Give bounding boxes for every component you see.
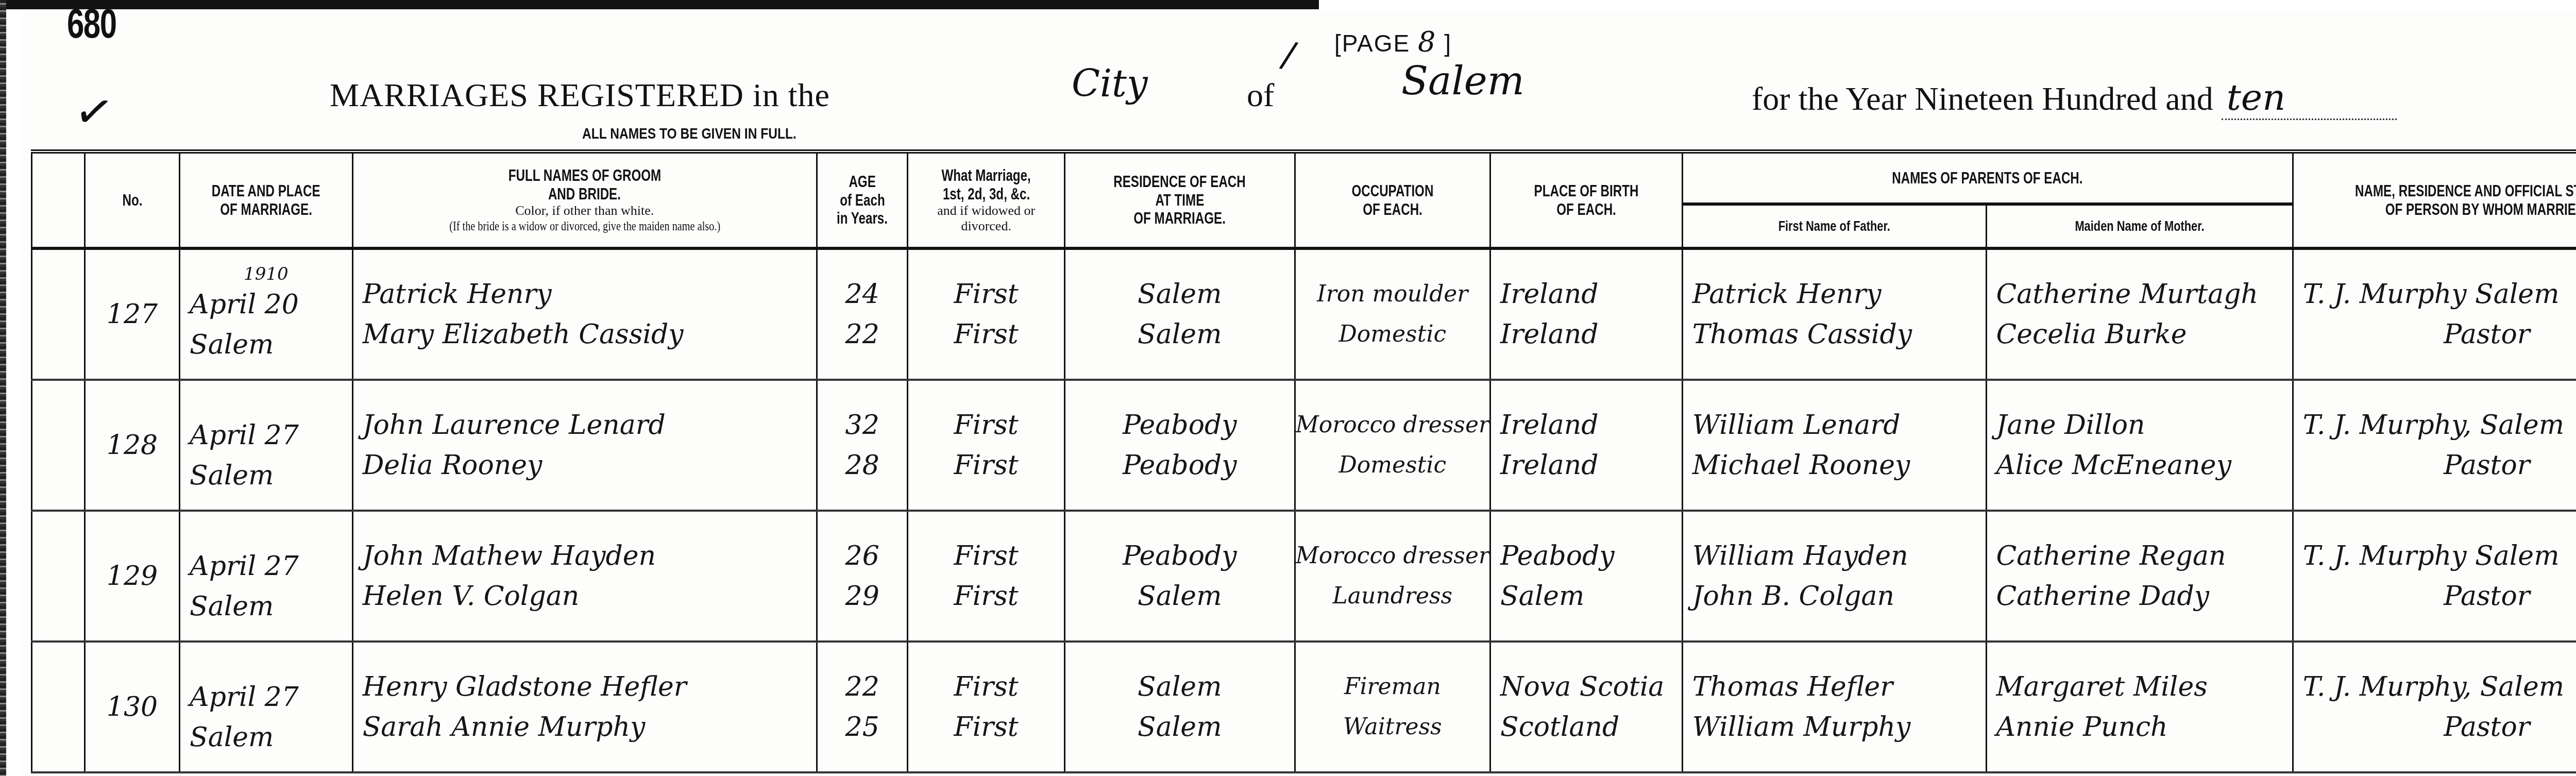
mother-cell: Catherine MurtaghCecelia Burke — [1986, 248, 2293, 380]
bride-marriage: First — [908, 707, 1063, 747]
col-no: No. — [84, 151, 179, 248]
groom-age: 26 — [818, 536, 907, 576]
bride-occupation: Waitress — [1296, 707, 1489, 747]
officiant: T. J. Murphy, Salem — [2294, 405, 2576, 445]
col-father: First Name of Father. — [1682, 204, 1986, 248]
groom-marriage: First — [908, 274, 1063, 314]
register-entry-row: 127 1910 April 20Salem Patrick HenryMary… — [32, 248, 2576, 380]
year-note: 1910 — [180, 264, 352, 284]
register-entry-row: 128 April 27Salem John Laurence LenardDe… — [32, 380, 2576, 511]
names-cell: John Laurence LenardDelia Rooney — [352, 380, 817, 511]
groom-occupation: Iron moulder — [1296, 274, 1489, 314]
date-place-cell: April 27Salem — [180, 642, 353, 772]
officiant-cell: T. J. Murphy SalemPastor — [2293, 511, 2576, 642]
margin-column — [32, 151, 85, 248]
register-title: MARRIAGES REGISTERED in the — [330, 76, 830, 114]
groom-name: John Laurence Lenard — [353, 405, 816, 445]
groom-father: Thomas Hefler — [1683, 667, 1986, 707]
register-subtitle: ALL NAMES TO BE GIVEN IN FULL. — [582, 125, 796, 143]
date-place-cell: 1910 April 20Salem — [180, 248, 353, 380]
groom-name: John Mathew Hayden — [353, 536, 816, 576]
officiant-cell: T. J. Murphy, SalemPastor — [2293, 380, 2576, 511]
year-note — [180, 526, 352, 546]
groom-marriage: First — [908, 667, 1063, 707]
municipality-name: Salem — [1401, 58, 1524, 104]
col-parents: NAMES OF PARENTS OF EACH. — [1682, 151, 2293, 204]
what-marriage-cell: FirstFirst — [908, 511, 1064, 642]
groom-mother: Margaret Miles — [1987, 667, 2292, 707]
register-entry-row: 130 April 27Salem Henry Gladstone Hefler… — [32, 642, 2576, 772]
birthplace-cell: IrelandIreland — [1490, 380, 1683, 511]
what-marriage-cell: FirstFirst — [908, 380, 1064, 511]
groom-residence: Peabody — [1065, 536, 1294, 576]
father-cell: Patrick HenryThomas Cassidy — [1682, 248, 1986, 380]
occupation-cell: Morocco dresserDomestic — [1295, 380, 1490, 511]
father-cell: William LenardMichael Rooney — [1682, 380, 1986, 511]
entry-number: 127 — [84, 248, 179, 380]
place: Salem — [180, 586, 352, 627]
groom-age: 24 — [818, 274, 907, 314]
mother-cell: Catherine ReganCatherine Dady — [1986, 511, 2293, 642]
groom-birthplace: Ireland — [1491, 274, 1682, 314]
col-date-place: DATE AND PLACEOF MARRIAGE. — [180, 151, 353, 248]
page-label: [PAGE 8 ] — [1334, 26, 1452, 58]
bride-father: Michael Rooney — [1683, 445, 1986, 485]
groom-birthplace: Ireland — [1491, 405, 1682, 445]
mother-cell: Margaret MilesAnnie Punch — [1986, 642, 2293, 772]
place: Salem — [180, 717, 352, 757]
birthplace-cell: IrelandIreland — [1490, 248, 1683, 380]
father-cell: William HaydenJohn B. Colgan — [1682, 511, 1986, 642]
groom-residence: Peabody — [1065, 405, 1294, 445]
groom-mother: Catherine Regan — [1987, 536, 2292, 576]
place: Salem — [180, 456, 352, 496]
bride-age: 25 — [818, 707, 907, 747]
no: 128 — [86, 425, 179, 465]
date-place-cell: April 27Salem — [180, 511, 353, 642]
bride-birthplace: Scotland — [1491, 707, 1682, 747]
col-residence: RESIDENCE OF EACHAT TIMEOF MARRIAGE. — [1064, 151, 1295, 248]
groom-occupation: Morocco dresser — [1296, 536, 1489, 576]
age-cell: 2629 — [817, 511, 908, 642]
groom-residence: Salem — [1065, 667, 1294, 707]
occupation-cell: FiremanWaitress — [1295, 642, 1490, 772]
officiant-title: Pastor — [2294, 576, 2576, 616]
no: 130 — [86, 687, 179, 727]
bride-father: Thomas Cassidy — [1683, 314, 1986, 355]
title-of: of — [1247, 76, 1274, 114]
col-what-marriage: What Marriage,1st, 2d, 3d, &c. and if wi… — [908, 151, 1064, 248]
bride-name: Delia Rooney — [353, 445, 816, 485]
groom-mother: Catherine Murtagh — [1987, 274, 2292, 314]
bride-age: 29 — [818, 576, 907, 616]
col-officiant: NAME, RESIDENCE AND OFFICIAL STATIONOF P… — [2293, 151, 2576, 248]
officiant-title: Pastor — [2294, 314, 2576, 355]
bride-occupation: Domestic — [1296, 445, 1489, 485]
groom-marriage: First — [908, 405, 1063, 445]
marriage-register-table: No. DATE AND PLACEOF MARRIAGE. FULL NAME… — [31, 149, 2576, 773]
bride-residence: Salem — [1065, 576, 1294, 616]
page-number: 8 — [1418, 26, 1436, 58]
title-prefix: MARRIAGES REGISTERED in the — [330, 77, 830, 113]
occupation-cell: Iron moulderDomestic — [1295, 248, 1490, 380]
scan-left-edge — [0, 0, 6, 776]
groom-birthplace: Peabody — [1491, 536, 1682, 576]
col-birthplace: PLACE OF BIRTHOF EACH. — [1490, 151, 1683, 248]
groom-father: Patrick Henry — [1683, 274, 1986, 314]
no: 129 — [86, 556, 179, 596]
bride-name: Mary Elizabeth Cassidy — [353, 314, 816, 355]
groom-occupation: Fireman — [1296, 667, 1489, 707]
bride-marriage: First — [908, 576, 1063, 616]
names-cell: John Mathew HaydenHelen V. Colgan — [352, 511, 817, 642]
groom-occupation: Morocco dresser — [1296, 405, 1489, 445]
groom-father: William Hayden — [1683, 536, 1986, 576]
date: April 27 — [180, 415, 352, 456]
date: April 27 — [180, 677, 352, 717]
bride-occupation: Domestic — [1296, 314, 1489, 355]
year-note — [180, 656, 352, 677]
col-age: AGEof Eachin Years. — [817, 151, 908, 248]
bride-age: 22 — [818, 314, 907, 355]
groom-father: William Lenard — [1683, 405, 1986, 445]
header-row: No. DATE AND PLACEOF MARRIAGE. FULL NAME… — [32, 151, 2576, 204]
year-word: ten — [2222, 76, 2397, 120]
bride-birthplace: Ireland — [1491, 314, 1682, 355]
bride-name: Helen V. Colgan — [353, 576, 816, 616]
bride-marriage: First — [908, 445, 1063, 485]
col-names: FULL NAMES OF GROOMAND BRIDE. Color, if … — [352, 151, 817, 248]
bride-occupation: Laundress — [1296, 576, 1489, 616]
groom-mother: Jane Dillon — [1987, 405, 2292, 445]
groom-residence: Salem — [1065, 274, 1294, 314]
bride-residence: Salem — [1065, 314, 1294, 355]
no: 127 — [86, 294, 179, 334]
officiant-title: Pastor — [2294, 445, 2576, 485]
officiant: T. J. Murphy Salem — [2294, 274, 2576, 314]
date: April 27 — [180, 546, 352, 586]
mother-cell: Jane DillonAlice McEneaney — [1986, 380, 2293, 511]
bride-residence: Salem — [1065, 707, 1294, 747]
bride-father: William Murphy — [1683, 707, 1986, 747]
scan-top-edge — [0, 0, 1319, 9]
margin-cell — [32, 248, 85, 380]
what-marriage-cell: FirstFirst — [908, 642, 1064, 772]
officiant-cell: T. J. Murphy SalemPastor — [2293, 248, 2576, 380]
what-marriage-cell: FirstFirst — [908, 248, 1064, 380]
groom-name: Patrick Henry — [353, 274, 816, 314]
bride-marriage: First — [908, 314, 1063, 355]
margin-cell — [32, 642, 85, 772]
bride-name: Sarah Annie Murphy — [353, 707, 816, 747]
bride-age: 28 — [818, 445, 907, 485]
birthplace-cell: PeabodySalem — [1490, 511, 1683, 642]
bride-mother: Catherine Dady — [1987, 576, 2292, 616]
age-cell: 3228 — [817, 380, 908, 511]
register-entry-row: 129 April 27Salem John Mathew HaydenHele… — [32, 511, 2576, 642]
entry-number: 130 — [84, 642, 179, 772]
father-cell: Thomas HeflerWilliam Murphy — [1682, 642, 1986, 772]
year-note — [180, 395, 352, 415]
names-cell: Henry Gladstone HeflerSarah Annie Murphy — [352, 642, 817, 772]
residence-cell: SalemSalem — [1064, 642, 1295, 772]
age-cell: 2422 — [817, 248, 908, 380]
bride-father: John B. Colgan — [1683, 576, 1986, 616]
age-cell: 2225 — [817, 642, 908, 772]
groom-age: 22 — [818, 667, 907, 707]
entry-number: 128 — [84, 380, 179, 511]
bride-birthplace: Ireland — [1491, 445, 1682, 485]
occupation-cell: Morocco dresserLaundress — [1295, 511, 1490, 642]
residence-cell: SalemSalem — [1064, 248, 1295, 380]
register-year: for the Year Nineteen Hundred and ten — [1752, 76, 2397, 120]
names-cell: Patrick HenryMary Elizabeth Cassidy — [352, 248, 817, 380]
place: Salem — [180, 325, 352, 365]
residence-cell: PeabodySalem — [1064, 511, 1295, 642]
date-place-cell: April 27Salem — [180, 380, 353, 511]
groom-age: 32 — [818, 405, 907, 445]
entry-number: 129 — [84, 511, 179, 642]
bride-residence: Peabody — [1065, 445, 1294, 485]
officiant-cell: T. J. Murphy, SalemPastor — [2293, 642, 2576, 772]
col-occupation: OCCUPATIONOF EACH. — [1295, 151, 1490, 248]
residence-cell: PeabodyPeabody — [1064, 380, 1295, 511]
groom-name: Henry Gladstone Hefler — [353, 667, 816, 707]
municipality-type: City — [1072, 62, 1148, 105]
bride-mother: Alice McEneaney — [1987, 445, 2292, 485]
leaf-number: 680 — [67, 0, 116, 47]
officiant-title: Pastor — [2294, 707, 2576, 747]
bride-birthplace: Salem — [1491, 576, 1682, 616]
col-mother: Maiden Name of Mother. — [1986, 204, 2293, 248]
date: April 20 — [180, 284, 352, 325]
margin-cell — [32, 511, 85, 642]
bride-mother: Cecelia Burke — [1987, 314, 2292, 355]
bride-mother: Annie Punch — [1987, 707, 2292, 747]
officiant: T. J. Murphy Salem — [2294, 536, 2576, 576]
birthplace-cell: Nova ScotiaScotland — [1490, 642, 1683, 772]
groom-marriage: First — [908, 536, 1063, 576]
officiant: T. J. Murphy, Salem — [2294, 667, 2576, 707]
groom-birthplace: Nova Scotia — [1491, 667, 1682, 707]
margin-cell — [32, 380, 85, 511]
